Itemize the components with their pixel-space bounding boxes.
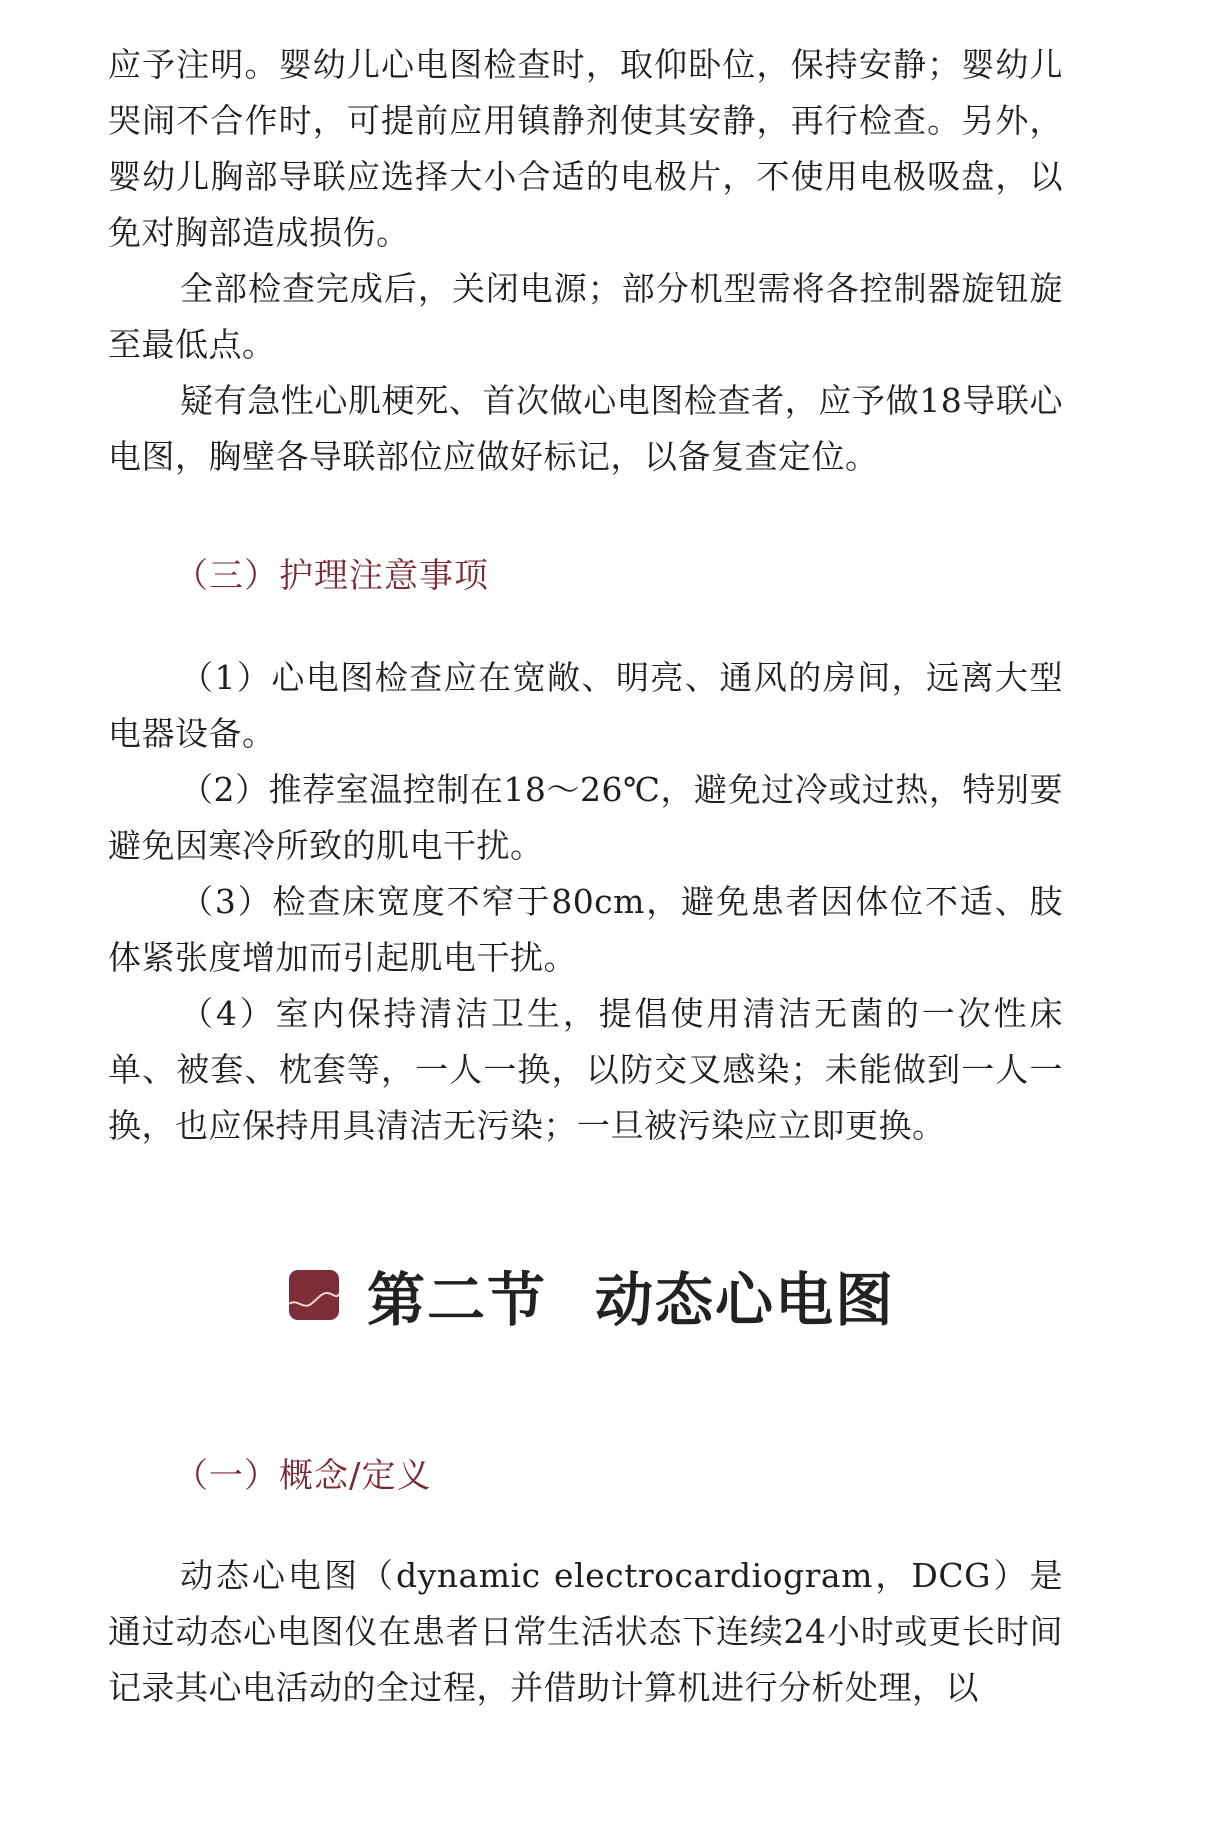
care-note-item: （2）推荐室温控制在18～26℃，避免过冷或过热，特别要避免因寒冷所致的肌电干扰…	[108, 762, 1063, 874]
ecg-procedure-text: 应予注明。婴幼儿心电图检查时，取仰卧位，保持安静；婴幼儿哭闹不合作时，可提前应用…	[108, 37, 1063, 485]
paragraph-infant-ecg: 应予注明。婴幼儿心电图检查时，取仰卧位，保持安静；婴幼儿哭闹不合作时，可提前应用…	[108, 37, 1063, 261]
care-note-item: （1）心电图检查应在宽敞、明亮、通风的房间，远离大型电器设备。	[108, 650, 1063, 762]
section-title: 第二节 动态心电图	[289, 1253, 895, 1337]
paragraph-power-off: 全部检查完成后，关闭电源；部分机型需将各控制器旋钮旋至最低点。	[108, 261, 1063, 373]
care-note-item: （4）室内保持清洁卫生，提倡使用清洁无菌的一次性床单、被套、枕套等，一人一换，以…	[108, 986, 1063, 1154]
section-number: 第二节	[367, 1253, 547, 1337]
definition-text: 动态心电图（dynamic electrocardiogram，DCG）是通过动…	[108, 1548, 1063, 1716]
care-note-item: （3）检查床宽度不窄于80cm，避免患者因体位不适、肢体紧张度增加而引起肌电干扰…	[108, 874, 1063, 986]
section-heading: 动态心电图	[595, 1253, 895, 1337]
definition-heading: （一）概念/定义	[174, 1448, 431, 1497]
ecg-wave-icon	[289, 1270, 339, 1320]
care-notes-list: （1）心电图检查应在宽敞、明亮、通风的房间，远离大型电器设备。 （2）推荐室温控…	[108, 650, 1063, 1154]
care-notes-heading: （三）护理注意事项	[174, 548, 489, 597]
paragraph-dcg-definition: 动态心电图（dynamic electrocardiogram，DCG）是通过动…	[108, 1548, 1063, 1716]
paragraph-18-lead: 疑有急性心肌梗死、首次做心电图检查者，应予做18导联心电图，胸壁各导联部位应做好…	[108, 373, 1063, 485]
